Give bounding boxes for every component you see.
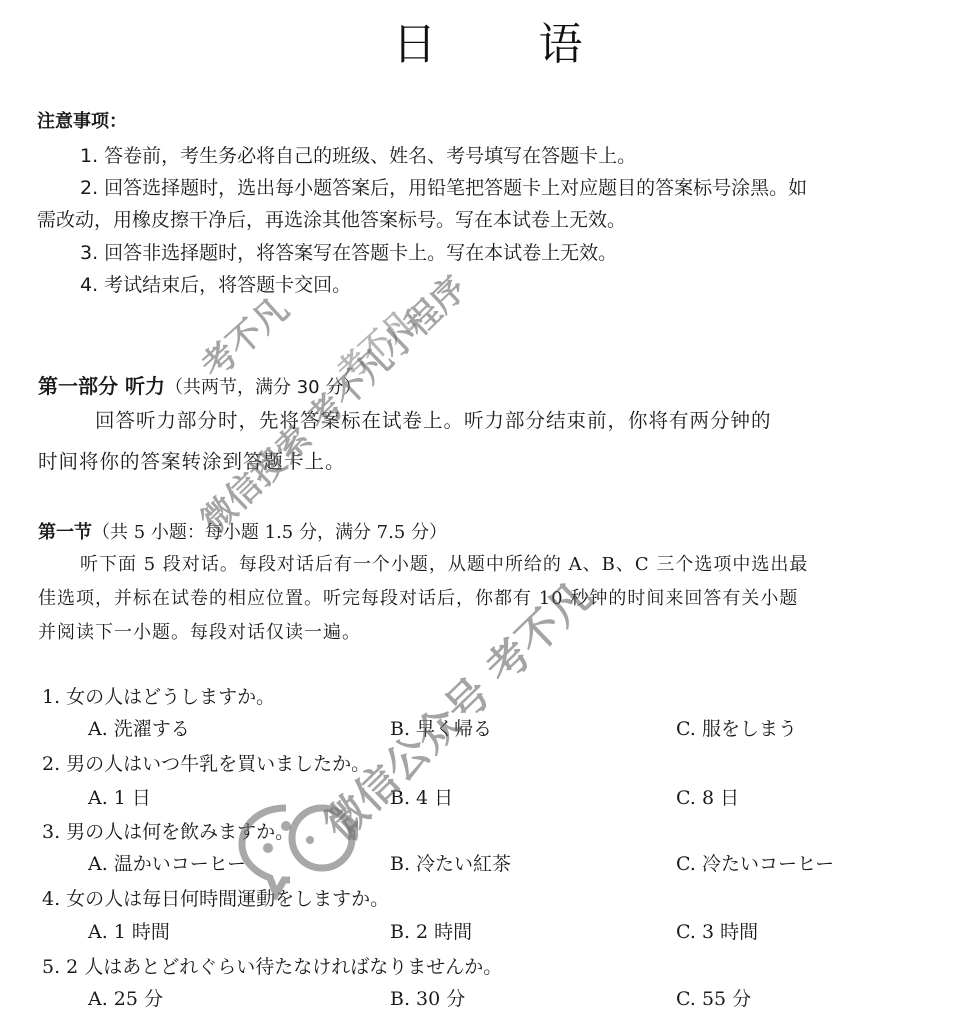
question-5-option-c[interactable]: C. 55 分 — [676, 984, 751, 1011]
question-4-option-c[interactable]: C. 3 時間 — [676, 917, 758, 944]
question-5-option-a[interactable]: A. 25 分 — [88, 984, 163, 1011]
part1-instruction-2: 时间将你的答案转涂到答题卡上。 — [38, 446, 346, 474]
question-3-stem: 3. 男の人は何を飲みますか。 — [42, 817, 294, 844]
watermark-3: 微信搜索 考不凡小程序 — [188, 262, 475, 542]
question-3-option-c[interactable]: C. 冷たいコーヒー — [676, 849, 834, 876]
section1-instruction-2: 佳选项，并标在试卷的相应位置。听完每段对话后，你都有 10 秒钟的时间来回答有关… — [38, 584, 798, 610]
part1-title: 第一部分 听力 — [38, 374, 165, 398]
notice-item-1: 1. 答卷前，考生务必将自己的班级、姓名、考号填写在答题卡上。 — [80, 141, 636, 168]
section1-heading: 第一节（共 5 小题：每小题 1.5 分，满分 7.5 分） — [38, 518, 447, 544]
section1-score: （共 5 小题：每小题 1.5 分，满分 7.5 分） — [92, 522, 447, 543]
notice-heading: 注意事项： — [37, 107, 127, 133]
notice-item-3: 3. 回答非选择题时，将答案写在答题卡上。写在本试卷上无效。 — [80, 238, 617, 265]
question-5-stem: 5. 2 人はあとどれぐらい待たなければなりませんか。 — [42, 952, 502, 979]
question-2-option-a[interactable]: A. 1 日 — [88, 783, 151, 810]
question-1-option-a[interactable]: A. 洗濯する — [88, 714, 190, 741]
notice-item-2-cont: 需改动，用橡皮擦干净后，再选涂其他答案标号。写在本试卷上无效。 — [37, 205, 626, 232]
section1-title: 第一节 — [38, 522, 92, 543]
question-2-option-c[interactable]: C. 8 日 — [676, 783, 739, 810]
question-1-stem: 1. 女の人はどうしますか。 — [42, 682, 275, 709]
question-5-option-b[interactable]: B. 30 分 — [390, 984, 465, 1011]
question-2-option-b[interactable]: B. 4 日 — [390, 783, 453, 810]
question-4-option-a[interactable]: A. 1 時間 — [88, 917, 170, 944]
question-1-option-b[interactable]: B. 早く帰る — [390, 714, 492, 741]
part1-instruction-1: 回答听力部分时，先将答案标在试卷上。听力部分结束前，你将有两分钟的 — [95, 405, 772, 433]
part1-score: （共两节，满分 30 分） — [165, 377, 361, 398]
part1-heading: 第一部分 听力（共两节，满分 30 分） — [38, 370, 361, 399]
question-2-stem: 2. 男の人はいつ牛乳を買いましたか。 — [42, 749, 370, 776]
question-4-stem: 4. 女の人は毎日何時間運動をしますか。 — [42, 884, 389, 911]
question-3-option-b[interactable]: B. 冷たい紅茶 — [390, 849, 511, 876]
section1-instruction-1: 听下面 5 段对话。每段对话后有一个小题，从题中所给的 A、B、C 三个选项中选… — [80, 550, 808, 576]
notice-item-4: 4. 考试结束后，将答题卡交回。 — [80, 270, 351, 297]
exam-title: 日 语 — [0, 8, 975, 72]
question-4-option-b[interactable]: B. 2 時間 — [390, 917, 472, 944]
question-3-option-a[interactable]: A. 温かいコーヒー — [88, 849, 246, 876]
exam-page: 日 语 注意事项： 1. 答卷前，考生务必将自己的班级、姓名、考号填写在答题卡上… — [0, 0, 975, 1013]
question-1-option-c[interactable]: C. 服をしまう — [676, 714, 797, 741]
notice-item-2: 2. 回答选择题时，选出每小题答案后，用铅笔把答题卡上对应题目的答案标号涂黑。如 — [80, 173, 807, 200]
section1-instruction-3: 并阅读下一小题。每段对话仅读一遍。 — [38, 618, 361, 644]
